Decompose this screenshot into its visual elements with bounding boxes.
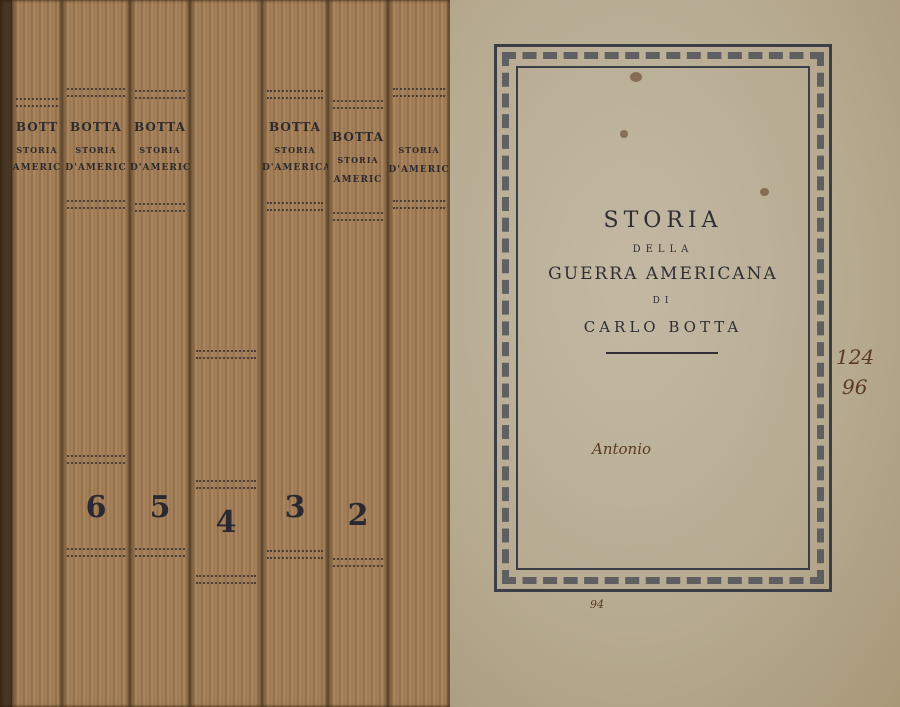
- volume-number: 4: [190, 505, 262, 540]
- spine-line2: STORIA: [130, 145, 190, 155]
- spine-title: BOTTA: [130, 120, 190, 134]
- handwritten-signature: Antonio: [592, 440, 651, 458]
- cover-author: CARLO BOTTA: [516, 318, 810, 336]
- spine-vol-3: BOTTA STORIA D'AMERICA 3: [262, 0, 328, 707]
- spine-vol-5: BOTTA STORIA D'AMERIC 5: [130, 0, 190, 707]
- spine-vol-6: BOTTA STORIA D'AMERIC 6: [62, 0, 130, 707]
- spine-vol-1: STORIA D'AMERIC: [388, 0, 450, 707]
- handwritten-number-top: 124: [836, 345, 874, 369]
- spine-title: BOTT: [12, 120, 62, 134]
- spine-line3: D'AMERIC: [388, 165, 450, 175]
- spine-line3: D'AMERIC: [62, 163, 130, 173]
- cover-subtitle: GUERRA AMERICANA: [516, 264, 810, 284]
- volume-number: 2: [328, 498, 388, 533]
- spine-line2: STORIA: [12, 145, 62, 155]
- spine-line3: D'AMERICA: [262, 163, 328, 173]
- handwritten-number-bottom: 96: [842, 375, 867, 399]
- book-spines: BOTT STORIA AMERIC BOTTA STORIA D'AMERIC…: [0, 0, 452, 707]
- spine-line3: AMERIC: [12, 163, 62, 173]
- cover-connector: DELLA: [516, 244, 810, 255]
- spine-1: BOTT STORIA AMERIC: [12, 0, 62, 707]
- handwritten-small-mark: 94: [590, 598, 604, 611]
- ornamental-rule: [606, 352, 718, 354]
- spine-line2: STORIA: [388, 145, 450, 155]
- spine-line3: AMERIC: [328, 175, 388, 185]
- spine-title: BOTTA: [262, 120, 328, 134]
- volume-number: 6: [62, 490, 130, 525]
- spine-line2: STORIA: [62, 145, 130, 155]
- spine-title: BOTTA: [62, 120, 130, 134]
- spine-line2: STORIA: [262, 145, 328, 155]
- spine-line2: STORIA: [328, 155, 388, 165]
- cover-title: STORIA: [516, 208, 810, 233]
- volume-number: 5: [130, 490, 190, 525]
- spine-vol-4: 4: [190, 0, 262, 707]
- volume-number: 3: [262, 490, 328, 525]
- spine-title: BOTTA: [328, 130, 388, 144]
- cover-by: DI: [516, 296, 810, 306]
- spine-line3: D'AMERIC: [130, 163, 190, 173]
- spine-vol-2: BOTTA STORIA AMERIC 2: [328, 0, 388, 707]
